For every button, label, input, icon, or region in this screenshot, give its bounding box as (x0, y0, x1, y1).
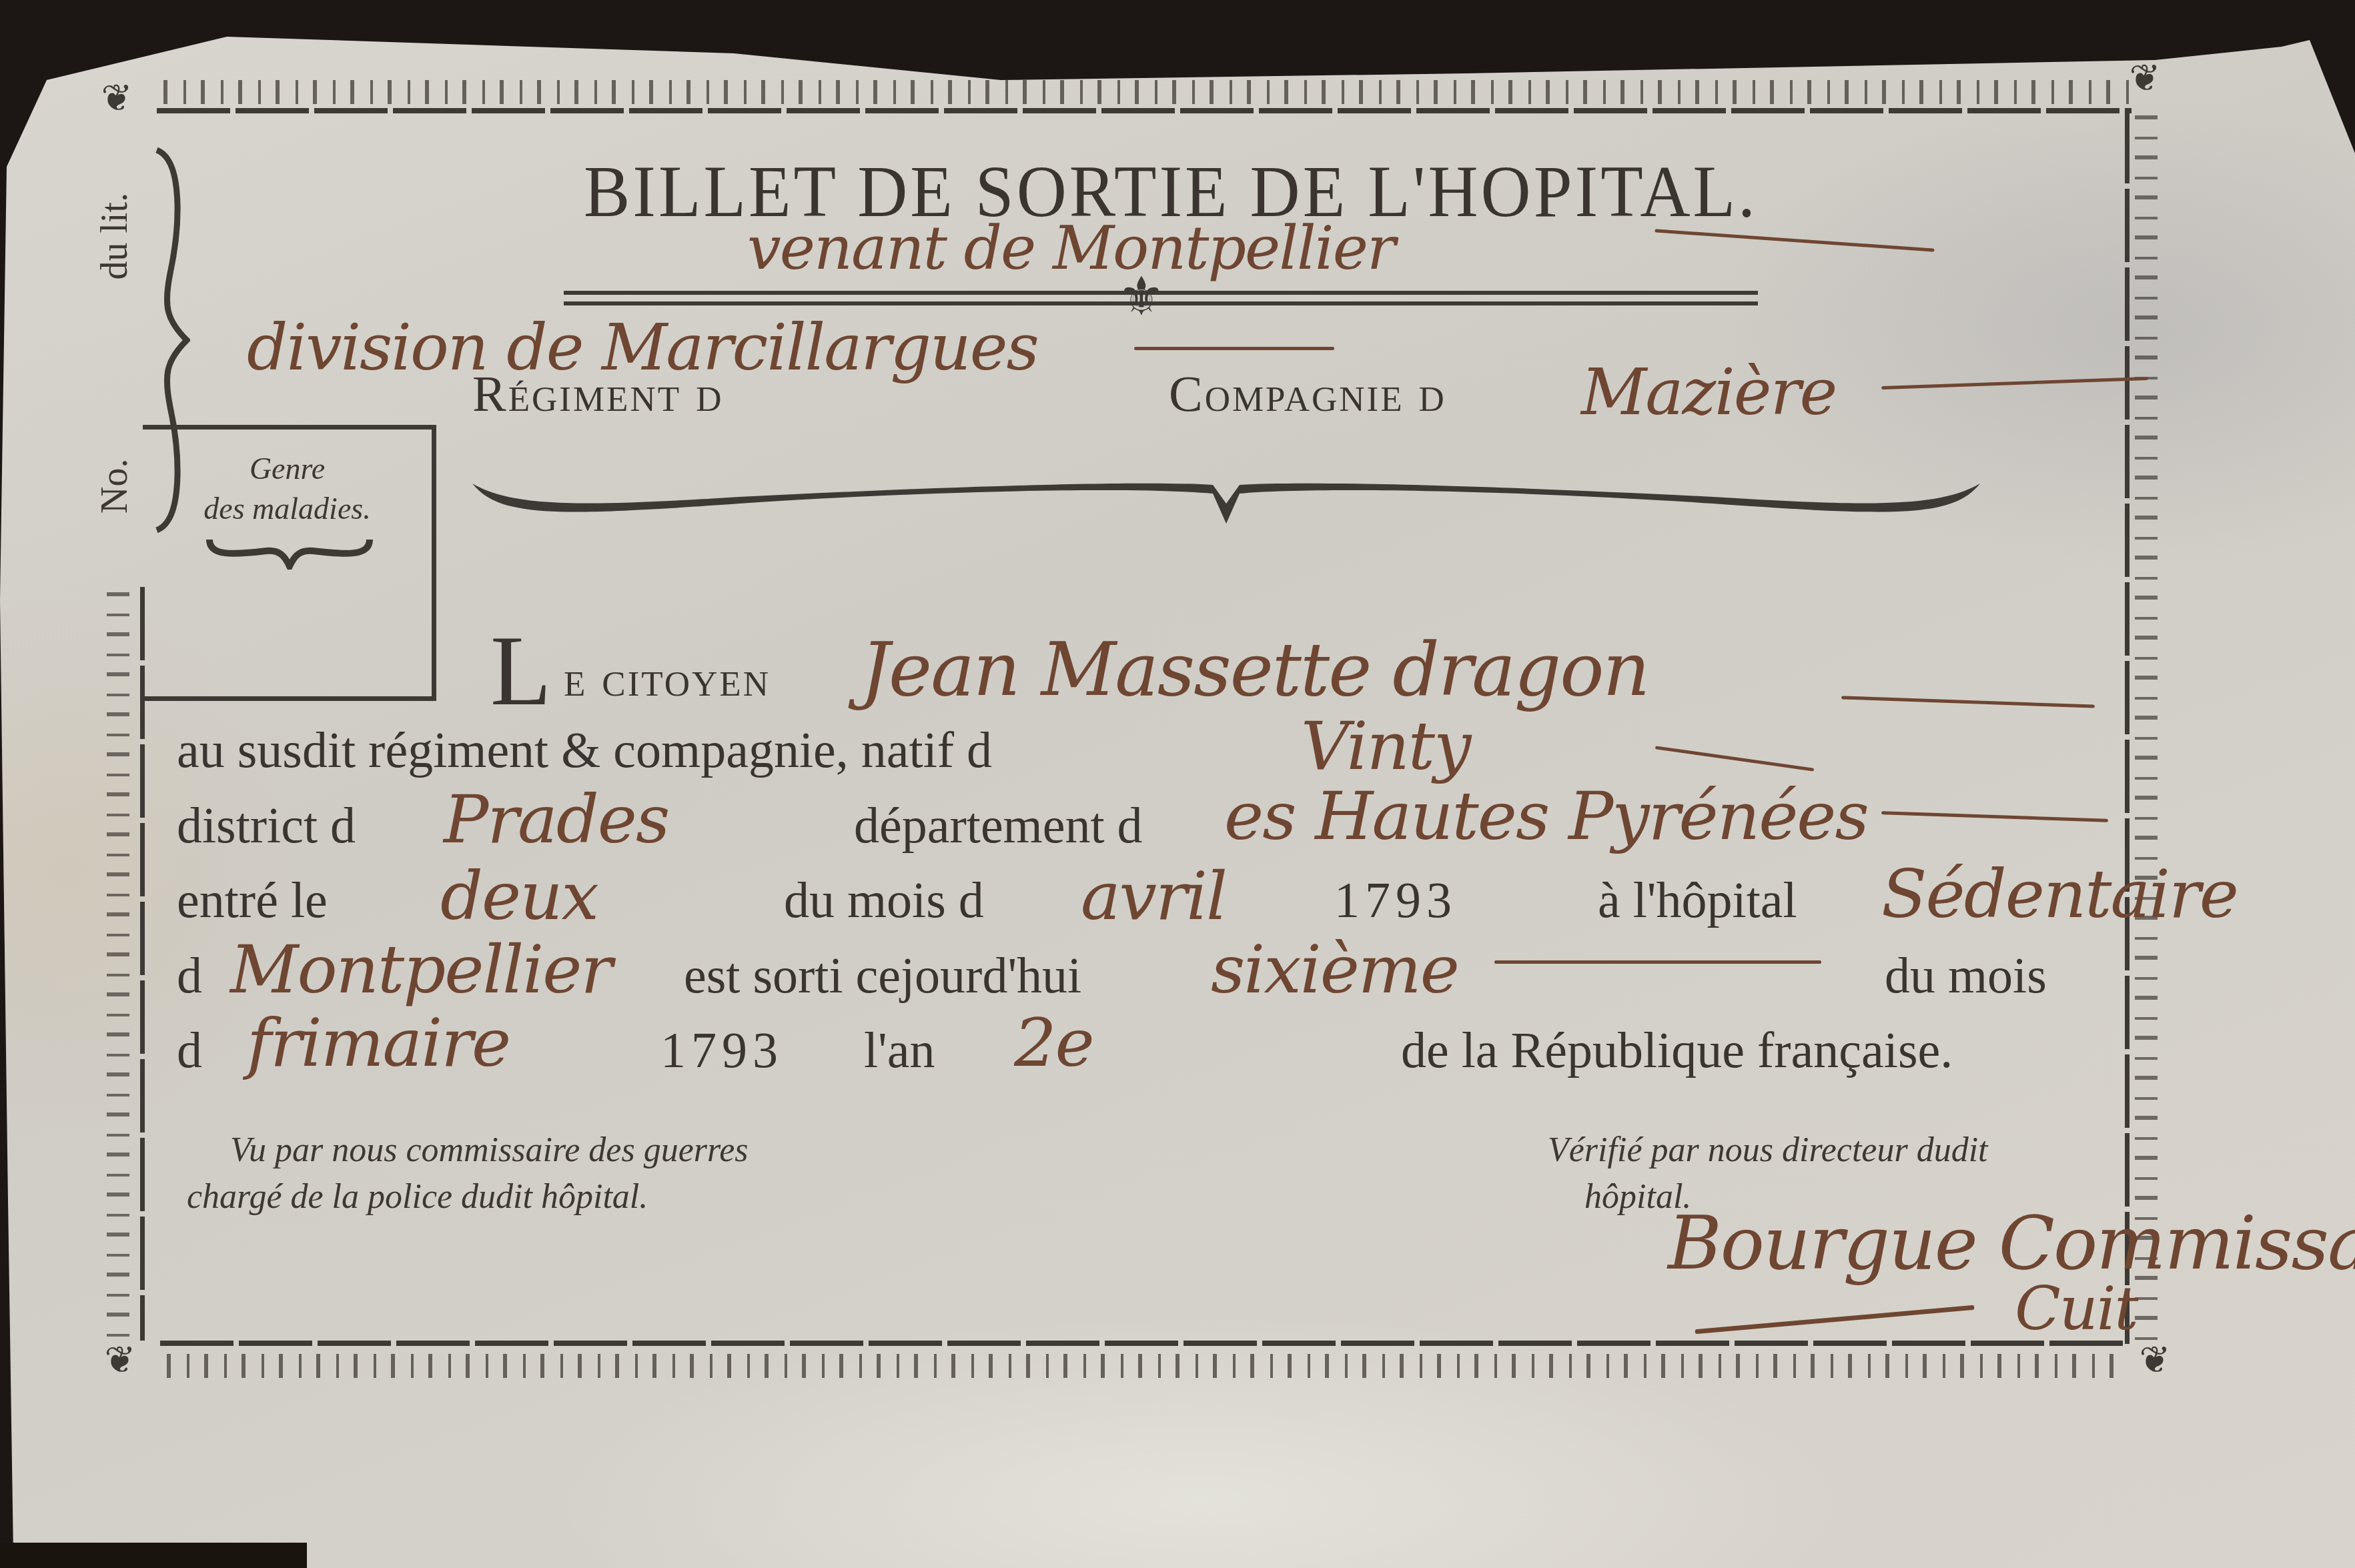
top-border-crest (157, 80, 2132, 104)
commissaire-note-line2: chargé de la police dudit hôpital. (187, 1177, 648, 1217)
right-border-rule (2125, 110, 2130, 1344)
mustache-rule-ornament (472, 477, 1980, 530)
commissaire-note-line1: Vu par nous commissaire des guerres (230, 1130, 749, 1170)
fleur-de-lis-icon: ⚜ (1117, 265, 1165, 328)
handwritten-departement: es Hautes Pyrénées (1224, 777, 1868, 855)
number-label: No. (94, 459, 135, 514)
compagnie-label: Compagnie d (1169, 365, 1446, 424)
d-label: d (177, 947, 202, 1005)
small-brace-icon (206, 536, 373, 570)
corner-ornament-icon: ❦ (97, 79, 137, 119)
est-sorti-label: est sorti cejourd'hui (684, 947, 1081, 1005)
disease-type-box: Genre des maladies. (143, 425, 436, 701)
l-an-label: l'an (864, 1022, 935, 1080)
division-flourish (1134, 347, 1334, 350)
le-citoyen-label: e citoyen (564, 650, 771, 708)
corner-ornament-icon: ❦ (2135, 1341, 2175, 1381)
handwritten-district: Prades (444, 780, 668, 858)
drop-cap: L (490, 614, 552, 728)
handwritten-hospital-type: Sédentaire (1881, 855, 2238, 933)
bottom-border-crest (160, 1354, 2128, 1378)
scan-background-corner (0, 1543, 307, 1568)
handwritten-entry-month: avril (1081, 857, 1226, 935)
district-label: district d (177, 797, 356, 855)
republique-label: de la République française. (1401, 1022, 1953, 1080)
bottom-border-rule (160, 1341, 2128, 1346)
susdit-regiment-label: au susdit régiment & compagnie, natif d (177, 722, 992, 780)
maladies-label: des maladies. (143, 491, 432, 526)
bed-number-label: No. du lit. (93, 193, 136, 514)
signature: Bourgue Commissaire (1668, 1201, 2355, 1286)
top-border-rule (157, 108, 2132, 113)
entry-year: 1793 (1334, 872, 1457, 930)
a-l-hopital-label: à l'hôpital (1598, 872, 1797, 930)
d-label-2: d (177, 1022, 202, 1080)
handwritten-entry-day: deux (440, 857, 598, 935)
regiment-label: Régiment d (472, 365, 723, 424)
genre-label: Genre (143, 451, 432, 486)
signature-line2: Cuit (2015, 1274, 2138, 1344)
handwritten-compagnie: Mazière (1581, 355, 1836, 430)
directeur-note-line1: Vérifié par nous directeur dudit (1548, 1130, 1988, 1170)
left-border-crest (107, 587, 129, 1341)
handwritten-hospital-city: Montpellier (230, 930, 611, 1008)
handwritten-citizen-name: Jean Massette dragon (861, 627, 1648, 712)
departement-label: département d (854, 797, 1143, 855)
exit-year: 1793 (660, 1022, 783, 1080)
entre-le-label: entré le (177, 872, 328, 930)
handwritten-republic-year: 2e (1014, 1004, 1093, 1082)
right-border-crest (2135, 110, 2158, 1344)
handwritten-exit-day: sixième (1211, 930, 1458, 1008)
handwritten-birthplace: Vinty (1301, 707, 1470, 785)
corner-ornament-icon: ❦ (100, 1341, 140, 1381)
handwritten-origin: venant de Montpellier (747, 213, 1394, 283)
handwritten-exit-month: frimaire (247, 1004, 510, 1082)
du-mois-label-2: du mois (1885, 947, 2047, 1005)
du-mois-label: du mois d (784, 872, 984, 930)
exit-day-flourish (1494, 960, 1821, 964)
